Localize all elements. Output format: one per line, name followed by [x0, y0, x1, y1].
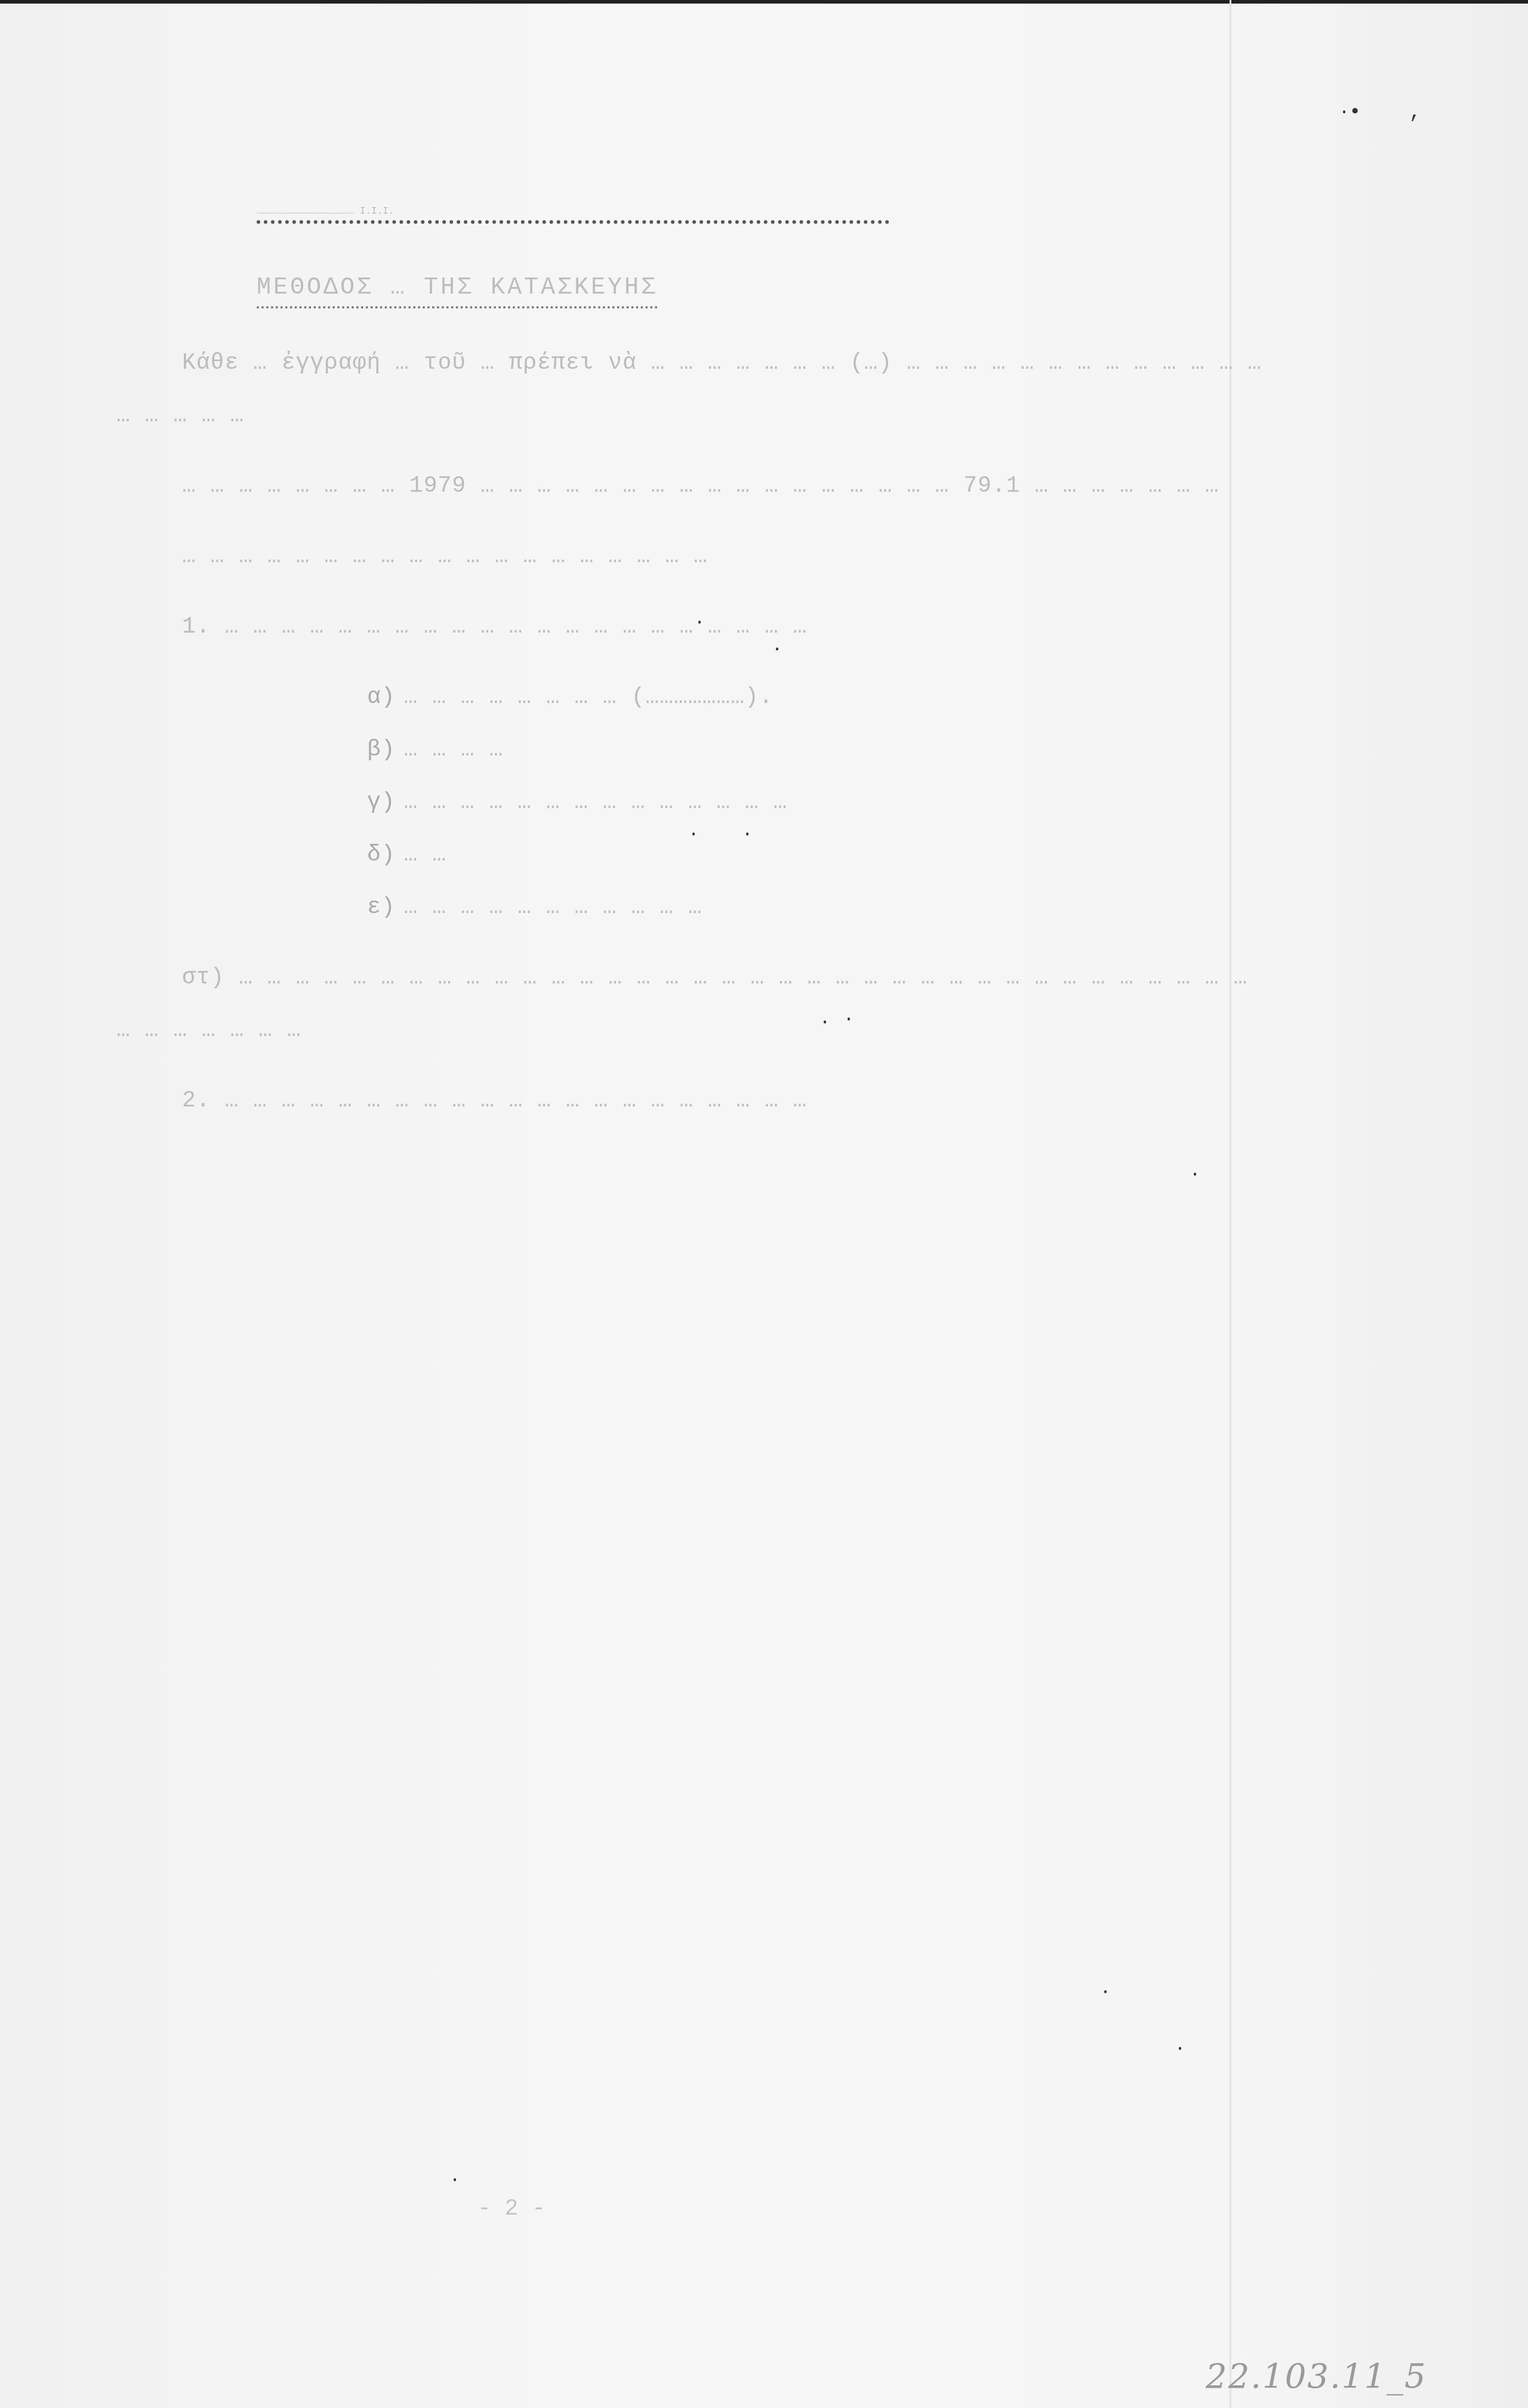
- list-item: β)… … … …: [367, 724, 1262, 776]
- list-item: δ)… …: [367, 829, 1262, 881]
- heading-dotted-line: …………………………………………… Ι.Ι.Ι.: [257, 206, 889, 224]
- paragraph: στ) … … … … … … … … … … … … … … … … … … …: [116, 952, 1262, 1057]
- list-marker: ε): [367, 895, 396, 920]
- list-marker: γ): [367, 790, 396, 815]
- list-item-text: … … … … … … … … … … …: [404, 895, 703, 920]
- list-marker: β): [367, 737, 396, 763]
- scanned-page: • , …………………………………………… Ι.Ι.Ι. ΜΕΘΟΔΟΣ … Τ…: [0, 0, 1528, 2408]
- list-item: α)… … … … … … … … (…………………).: [367, 671, 1262, 724]
- numbered-paragraph: 1. … … … … … … … … … … … … … … … … … … ……: [116, 601, 1262, 653]
- list-item-text: … … … … … … … … … … … … … …: [404, 790, 788, 815]
- corner-marks: • ,: [1349, 101, 1439, 124]
- list-item-text: … … … … … … … … (…………………).: [404, 685, 774, 710]
- list-item: γ)… … … … … … … … … … … … … …: [367, 776, 1262, 829]
- paragraph: Κάθε … ἐγγραφή … τοῦ … πρέπει νὰ … … … ……: [116, 337, 1262, 442]
- list-item-text: … …: [404, 842, 446, 868]
- numbered-paragraph: 2. … … … … … … … … … … … … … … … … … … ……: [116, 1075, 1262, 1127]
- scan-top-edge: [0, 0, 1528, 4]
- section-heading: ΜΕΘΟΔΟΣ … ΤΗΣ ΚΑΤΑΣΚΕΥΗΣ: [257, 275, 658, 309]
- lettered-list: α)… … … … … … … … (…………………). β)… … … … γ…: [116, 671, 1262, 934]
- paragraph: … … … … … … … … 1979 … … … … … … … … … ……: [116, 460, 1262, 513]
- document-body: Κάθε … ἐγγραφή … τοῦ … πρέπει νὰ … … … ……: [116, 337, 1262, 1145]
- list-marker: α): [367, 685, 396, 710]
- paragraph: … … … … … … … … … … … … … … … … … … …: [116, 531, 1262, 583]
- handwritten-archive-number: 22.103.11_5: [1206, 2357, 1427, 2396]
- page-number: - 2 -: [478, 2196, 546, 2222]
- list-marker: δ): [367, 842, 396, 868]
- list-item: ε)… … … … … … … … … … …: [367, 881, 1262, 934]
- list-item-text: … … … …: [404, 737, 504, 763]
